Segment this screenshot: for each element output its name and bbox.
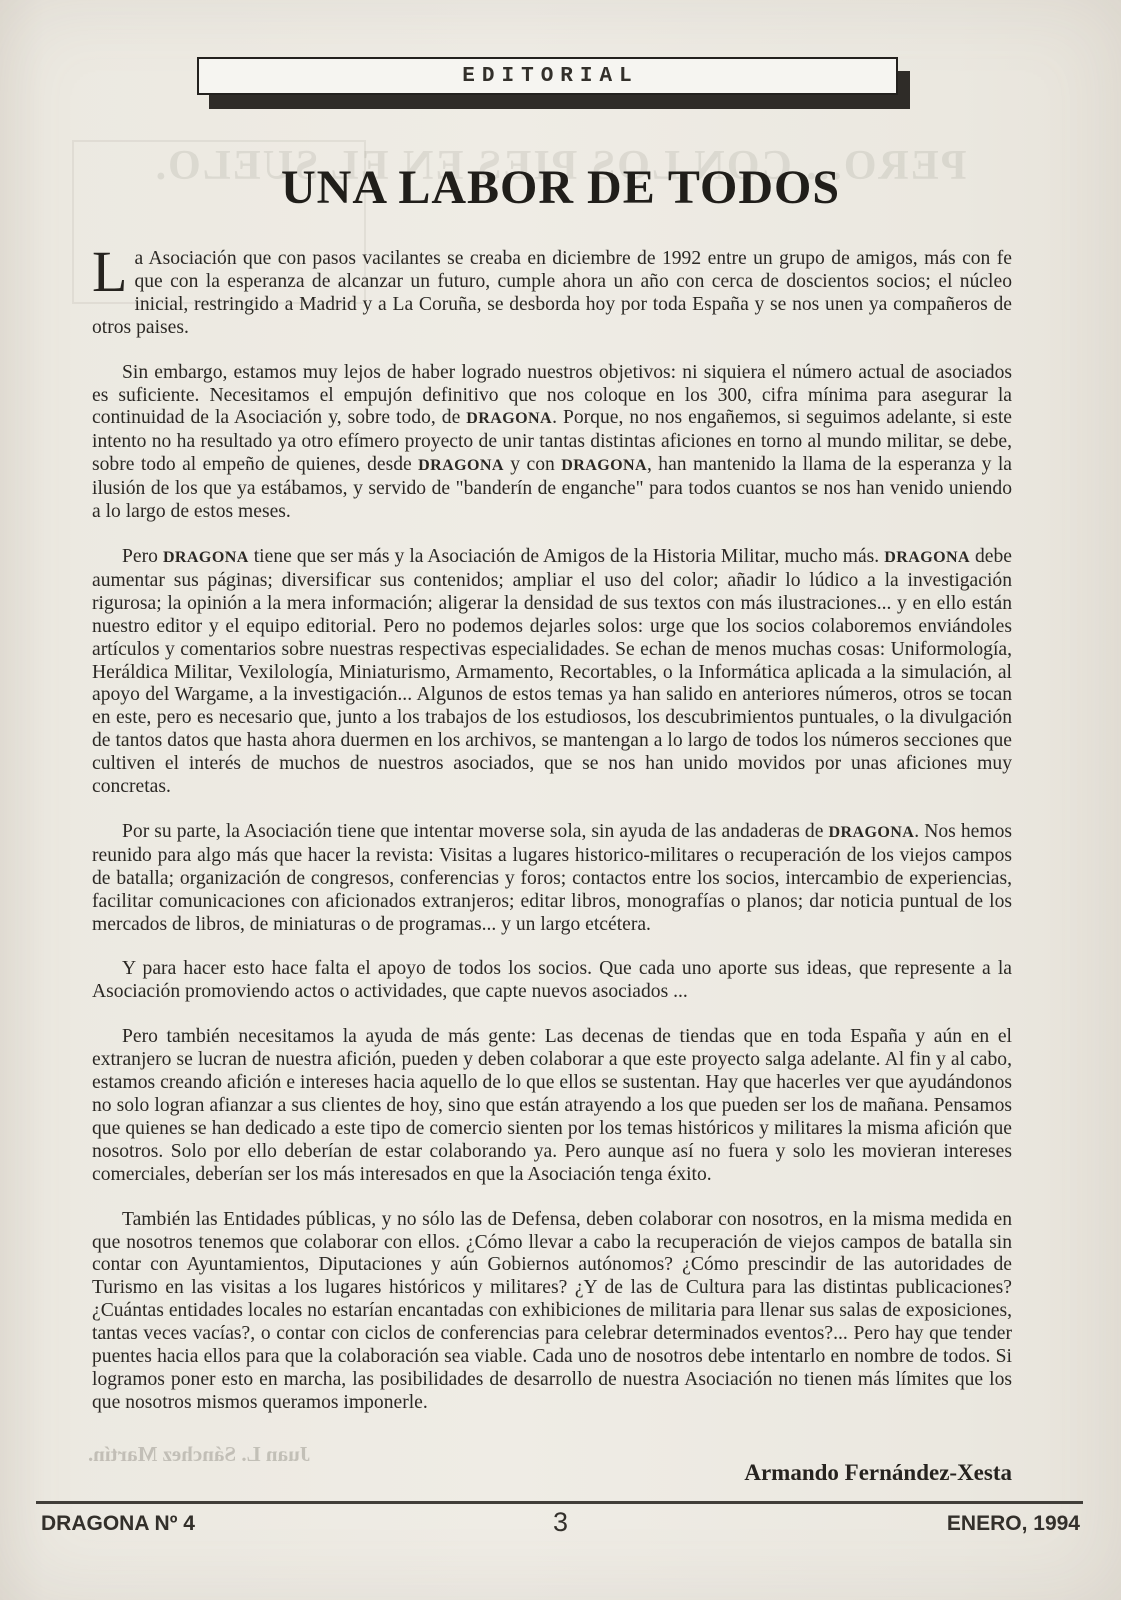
show-through-signature: Juan L. Sánchez Martín.	[88, 1442, 310, 1467]
scanned-page: PERO... CON LOS PIES EN EL SUELO. Juan L…	[0, 0, 1121, 1600]
section-header-label: EDITORIAL	[462, 65, 638, 88]
paragraph: También las Entidades públicas, y no sól…	[92, 1209, 1012, 1415]
brand-name: DRAGONA	[828, 824, 914, 841]
paragraph: Y para hacer esto hace falta el apoyo de…	[92, 958, 1012, 1004]
article-body: La Asociación que con pasos vacilantes s…	[92, 248, 1012, 1437]
paragraph: Pero DRAGONA tiene que ser más y la Asoc…	[92, 546, 1012, 799]
section-header-plate: EDITORIAL	[197, 57, 898, 95]
brand-name: DRAGONA	[561, 457, 647, 474]
paragraph: Por su parte, la Asociación tiene que in…	[92, 821, 1012, 937]
brand-name: DRAGONA	[884, 549, 970, 566]
paragraph: La Asociación que con pasos vacilantes s…	[92, 248, 1012, 340]
brand-name: DRAGONA	[163, 549, 249, 566]
brand-name: DRAGONA	[466, 410, 552, 427]
author-signature: Armando Fernández-Xesta	[744, 1460, 1012, 1486]
brand-name: DRAGONA	[418, 457, 504, 474]
paragraph: Pero también necesitamos la ayuda de más…	[92, 1026, 1012, 1186]
drop-cap: L	[92, 248, 134, 294]
page-title: UNA LABOR DE TODOS	[0, 160, 1121, 215]
footer-divider	[36, 1501, 1083, 1504]
paragraph: Sin embargo, estamos muy lejos de haber …	[92, 362, 1012, 524]
footer-date-label: ENERO, 1994	[947, 1512, 1080, 1536]
